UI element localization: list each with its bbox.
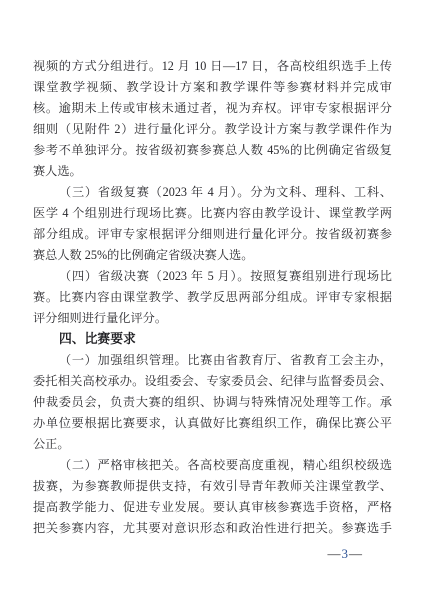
text-line: 赛。比赛内容由课堂教学、教学反思两部分组成。评审专家根据 xyxy=(33,287,392,308)
section-heading: 四、比赛要求 xyxy=(33,329,392,350)
text-line: 核。逾期未上传或审核未通过者，视为弃权。评审专家根据评分 xyxy=(33,98,392,119)
text-line: 医学 4 个组别进行现场比赛。比赛内容由教学设计、课堂教学两 xyxy=(33,203,392,224)
text-line: （三）省级复赛（2023 年 4 月）。分为文科、理科、工科、 xyxy=(33,182,392,203)
text-line: 部分组成。评审专家根据评分细则进行量化评分。按省级初赛参 xyxy=(33,224,392,245)
document-page: 视频的方式分组进行。12 月 10 日—17 日，各高校组织选手上传 课堂教学视… xyxy=(0,0,423,590)
text-line: （四）省级决赛（2023 年 5 月）。按照复赛组别进行现场比 xyxy=(33,266,392,287)
text-line: 赛总人数 25%的比例确定省级决赛人选。 xyxy=(33,245,392,266)
text-line: 视频的方式分组进行。12 月 10 日—17 日，各高校组织选手上传 xyxy=(33,56,392,77)
document-body: 视频的方式分组进行。12 月 10 日—17 日，各高校组织选手上传 课堂教学视… xyxy=(33,56,392,539)
page-number: —3— xyxy=(328,546,363,562)
text-line: 细则（见附件 2）进行量化评分。教学设计方案与教学课件作为 xyxy=(33,119,392,140)
text-line: 仲裁委员会，负责大赛的组织、协调与特殊情况处理等工作。承 xyxy=(33,392,392,413)
text-line: 课堂教学视频、教学设计方案和教学课件等参赛材料并完成审 xyxy=(33,77,392,98)
text-line: 赛人选。 xyxy=(33,161,392,182)
text-line: 办单位要根据比赛要求，认真做好比赛组织工作，确保比赛公平 xyxy=(33,413,392,434)
text-line: 拔赛，为参赛教师提供支持，有效引导青年教师关注课堂教学、 xyxy=(33,476,392,497)
text-line: 参考不单独评分。按省级初赛参赛总人数 45%的比例确定省级复 xyxy=(33,140,392,161)
text-line: （二）严格审核把关。各高校要高度重视，精心组织校级选 xyxy=(33,455,392,476)
text-line: （一）加强组织管理。比赛由省教育厅、省教育工会主办， xyxy=(33,350,392,371)
text-line: 公正。 xyxy=(33,434,392,455)
text-line: 委托相关高校承办。设组委会、专家委员会、纪律与监督委员会、 xyxy=(33,371,392,392)
page-number-value: 3 xyxy=(342,546,349,561)
page-number-dash-right: — xyxy=(349,546,362,561)
text-line: 提高教学能力、促进专业发展。要认真审核参赛选手资格，严格 xyxy=(33,497,392,518)
text-line: 把关参赛内容，尤其要对意识形态和政治性进行把关。参赛选手 xyxy=(33,518,392,539)
text-line: 评分细则进行量化评分。 xyxy=(33,308,392,329)
page-number-dash-left: — xyxy=(328,546,341,561)
